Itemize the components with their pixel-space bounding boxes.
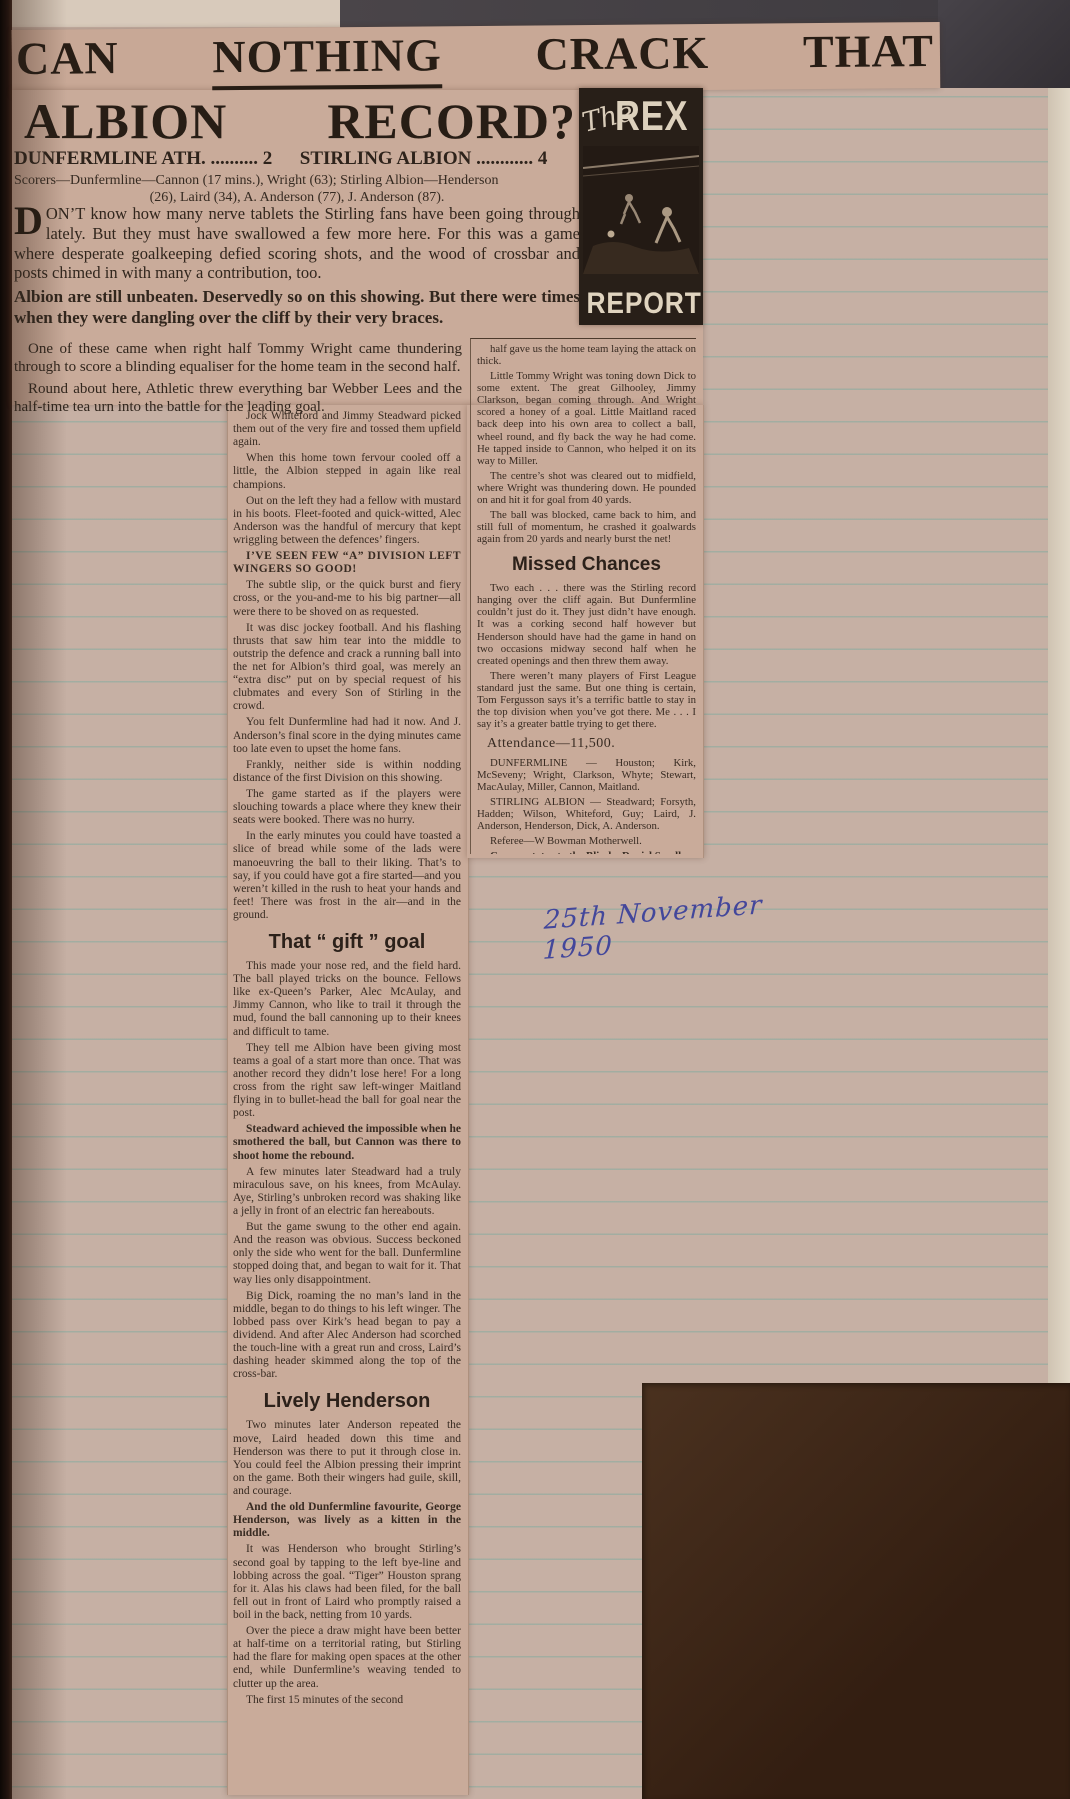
article-paragraph: It was Henderson who brought Stirling’s … — [233, 1543, 461, 1622]
lead-paragraph-text: ON’T know how many nerve tablets the Sti… — [14, 204, 580, 282]
scorers-line: Scorers—Dunfermline—Cannon (17 mins.), W… — [14, 172, 580, 206]
article-paragraph: The ball was blocked, came back to him, … — [477, 509, 696, 545]
away-score: 4 — [538, 148, 548, 169]
article-paragraph: There weren’t many players of First Leag… — [477, 670, 696, 730]
headline-word: ALBION — [24, 92, 227, 150]
article-paragraph: In the early minutes you could have toas… — [233, 830, 461, 922]
article-paragraph: STIRLING ALBION — Steadward; Forsyth, Ha… — [477, 796, 696, 832]
article-paragraph: They tell me Albion have been giving mos… — [233, 1042, 461, 1121]
book-cover-patch — [642, 1383, 1070, 1799]
rex-ad-report-label: REPORT — [586, 287, 695, 321]
section-subhead: Missed Chances — [477, 555, 696, 575]
scorers-line1: Scorers—Dunfermline—Cannon (17 mins.), W… — [14, 173, 498, 188]
section-subhead: That “ gift ” goal — [233, 932, 461, 953]
article-paragraph: Referee—W Bowman Motherwell. — [477, 835, 696, 847]
match-scoreline: DUNFERMLINE ATH. .......... 2 STIRLING A… — [14, 148, 580, 170]
dots: ............ — [476, 148, 533, 169]
article-paragraph: The game started as if the players were … — [233, 788, 461, 827]
article-paragraph: Commentator to the Blind—Daniel Smalls. — [477, 850, 696, 854]
article-intro: DON’T know how many nerve tablets the St… — [14, 204, 580, 332]
rex-cinema-ad: The REX REPORT — [579, 88, 703, 325]
article-paragraph: Little Tommy Wright was toning down Dick… — [477, 370, 696, 467]
article-paragraph: A few minutes later Steadward had a trul… — [233, 1166, 461, 1218]
article-middle-column: Jock Whiteford and Jimmy Steadward picke… — [233, 410, 461, 1790]
home-team-name: DUNFERMLINE ATH. — [14, 148, 206, 169]
handwritten-date: 25th November 1950 — [542, 886, 823, 966]
article-paragraph: The subtle slip, or the quick burst and … — [233, 579, 461, 618]
article-paragraph: Out on the left they had a fellow with m… — [233, 495, 461, 547]
article-paragraph: DUNFERMLINE — Houston; Kirk, McSeveny; W… — [477, 757, 696, 793]
article-paragraph: One of these came when right half Tommy … — [14, 340, 462, 377]
article-right-column: half gave us the home team laying the at… — [470, 338, 696, 854]
article-paragraph: Attendance—11,500. — [477, 736, 696, 752]
article-intro-continued: One of these came when right half Tommy … — [14, 340, 462, 419]
headline-line1: CAN NOTHING CRACK THAT — [16, 24, 934, 92]
book-spine — [0, 0, 12, 1799]
dots: .......... — [211, 148, 259, 169]
article-paragraph: Two each . . . there was the Stirling re… — [477, 582, 696, 667]
article-paragraph: Frankly, neither side is within nodding … — [233, 759, 461, 785]
article-paragraph: When this home town fervour cooled off a… — [233, 452, 461, 491]
article-paragraph: Albion are still unbeaten. Deservedly so… — [14, 287, 580, 328]
section-subhead: Lively Henderson — [233, 1391, 461, 1412]
rex-ad-title: REX — [615, 92, 688, 140]
away-team-name: STIRLING ALBION — [300, 148, 472, 169]
headline-word-underlined: NOTHING — [212, 28, 442, 90]
article-paragraph: The first 15 minutes of the second — [233, 1694, 461, 1707]
article-paragraph: You felt Dunfermline had had it now. And… — [233, 716, 461, 755]
headline-word: THAT — [803, 24, 934, 85]
article-paragraph: Jock Whiteford and Jimmy Steadward picke… — [233, 410, 461, 449]
article-paragraph: Two minutes later Anderson repeated the … — [233, 1419, 461, 1498]
rex-ad-illustration — [583, 146, 699, 274]
article-paragraph: But the game swung to the other end agai… — [233, 1221, 461, 1287]
scrapbook-page: CAN NOTHING CRACK THAT ALBION RECORD? Th… — [0, 0, 1070, 1799]
article-paragraph: Steadward achieved the impossible when h… — [233, 1123, 461, 1162]
article-paragraph: And the old Dunfermline favourite, Georg… — [233, 1501, 461, 1540]
article-paragraph: The centre’s shot was cleared out to mid… — [477, 470, 696, 506]
lead-paragraph: DON’T know how many nerve tablets the St… — [14, 204, 580, 283]
article-paragraph: Over the piece a draw might have been be… — [233, 1625, 461, 1691]
article-paragraph: half gave us the home team laying the at… — [477, 343, 696, 367]
adjacent-page-edge — [1048, 88, 1070, 1383]
headline-word: RECORD? — [327, 92, 576, 150]
article-paragraph: This made your nose red, and the field h… — [233, 960, 461, 1039]
scan-background-corner — [938, 0, 1070, 88]
article-paragraph: Big Dick, roaming the no man’s land in t… — [233, 1290, 461, 1382]
article-paragraph: It was disc jockey football. And his fla… — [233, 622, 461, 714]
home-score: 2 — [263, 148, 273, 169]
headline-word: CRACK — [535, 26, 709, 88]
article-paragraph: I’VE SEEN FEW “A” DIVISION LEFT WINGERS … — [233, 550, 461, 576]
headline-word: CAN — [16, 31, 119, 92]
headline-line2: ALBION RECORD? — [24, 92, 576, 150]
drop-cap: D — [14, 204, 46, 236]
